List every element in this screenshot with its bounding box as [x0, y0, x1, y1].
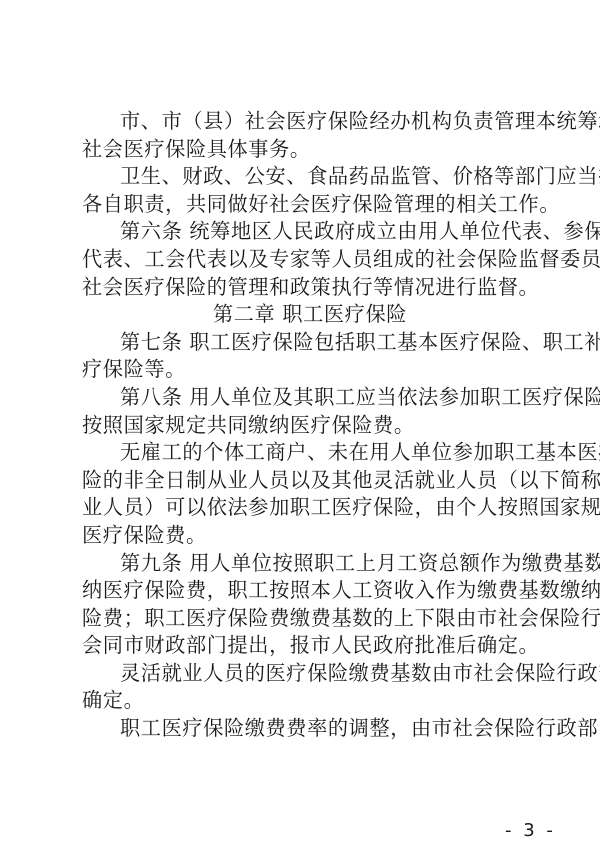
article-9-line: 第九条 用人单位按照职工上月工资总额作为缴费基数缴	[82, 550, 538, 578]
text-line: 代表、工会代表以及专家等人员组成的社会保险监督委员会，对	[82, 246, 538, 274]
text-line: 社会医疗保险具体事务。	[82, 136, 538, 164]
text-line: 职工医疗保险缴费费率的调整，由市社会保险行政部门会	[82, 715, 538, 743]
text-line: 确定。	[82, 687, 538, 715]
text-line: 社会医疗保险的管理和政策执行等情况进行监督。	[82, 274, 538, 302]
text-line: 灵活就业人员的医疗保险缴费基数由市社会保险行政部门	[82, 660, 538, 688]
document-body: 市、市（县）社会医疗保险经办机构负责管理本统筹地区 社会医疗保险具体事务。 卫生…	[82, 108, 538, 743]
text-line: 医疗保险费。	[82, 522, 538, 550]
text-line: 各自职责，共同做好社会医疗保险管理的相关工作。	[82, 191, 538, 219]
article-7-line: 第七条 职工医疗保险包括职工基本医疗保险、职工补充医	[82, 329, 538, 357]
text-line: 市、市（县）社会医疗保险经办机构负责管理本统筹地区	[82, 108, 538, 136]
text-line: 无雇工的个体工商户、未在用人单位参加职工基本医疗保	[82, 439, 538, 467]
article-8-line: 第八条 用人单位及其职工应当依法参加职工医疗保险，并	[82, 384, 538, 412]
text-line: 卫生、财政、公安、食品药品监管、价格等部门应当按照	[82, 163, 538, 191]
text-line: 按照国家规定共同缴纳医疗保险费。	[82, 412, 538, 440]
text-line: 疗保险等。	[82, 356, 538, 384]
text-line: 险的非全日制从业人员以及其他灵活就业人员（以下简称灵活就	[82, 467, 538, 495]
page-number: - 3 -	[505, 820, 556, 841]
text-line: 会同市财政部门提出，报市人民政府批准后确定。	[82, 632, 538, 660]
article-6-line: 第六条 统筹地区人民政府成立由用人单位代表、参保人员	[82, 218, 538, 246]
text-line: 险费；职工医疗保险费缴费基数的上下限由市社会保险行政部门	[82, 605, 538, 633]
text-line: 纳医疗保险费，职工按照本人工资收入作为缴费基数缴纳医疗保	[82, 577, 538, 605]
text-line: 业人员）可以依法参加职工医疗保险，由个人按照国家规定缴纳	[82, 494, 538, 522]
chapter-heading: 第二章 职工医疗保险	[82, 301, 538, 329]
